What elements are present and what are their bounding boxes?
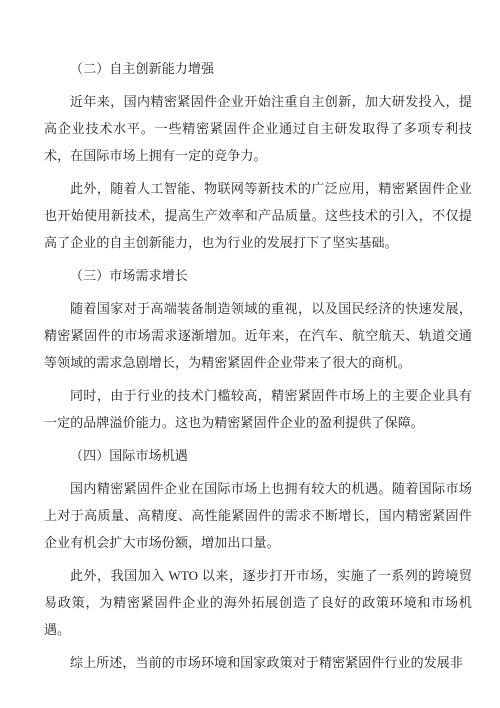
section-heading-2: （二）自主创新能力增强: [44, 55, 472, 82]
paragraph: 同时，由于行业的技术门槛较高，精密紧固件市场上的主要企业具有一定的品牌溢价能力。…: [44, 382, 472, 436]
paragraph: 此外，随着人工智能、物联网等新技术的广泛应用，精密紧固件企业也开始使用新技术，提…: [44, 175, 472, 256]
paragraph: 此外，我国加入 WTO 以来，逐步打开市场，实施了一系列的跨境贸易政策，为精密紧…: [44, 562, 472, 643]
section-heading-3: （三）市场需求增长: [44, 262, 472, 289]
document-page: （二）自主创新能力增强 近年来，国内精密紧固件企业开始注重自主创新，加大研发投入…: [0, 0, 500, 708]
section-heading-4: （四）国际市场机遇: [44, 442, 472, 469]
paragraph-truncated: 综上所述，当前的市场环境和国家政策对于精密紧固件行业的发展非: [44, 649, 472, 676]
paragraph: 近年来，国内精密紧固件企业开始注重自主创新，加大研发投入，提高企业技术水平。一些…: [44, 88, 472, 169]
paragraph: 随着国家对于高端装备制造领域的重视，以及国民经济的快速发展，精密紧固件的市场需求…: [44, 295, 472, 376]
paragraph: 国内精密紧固件企业在国际市场上也拥有较大的机遇。随着国际市场上对于高质量、高精度…: [44, 475, 472, 556]
